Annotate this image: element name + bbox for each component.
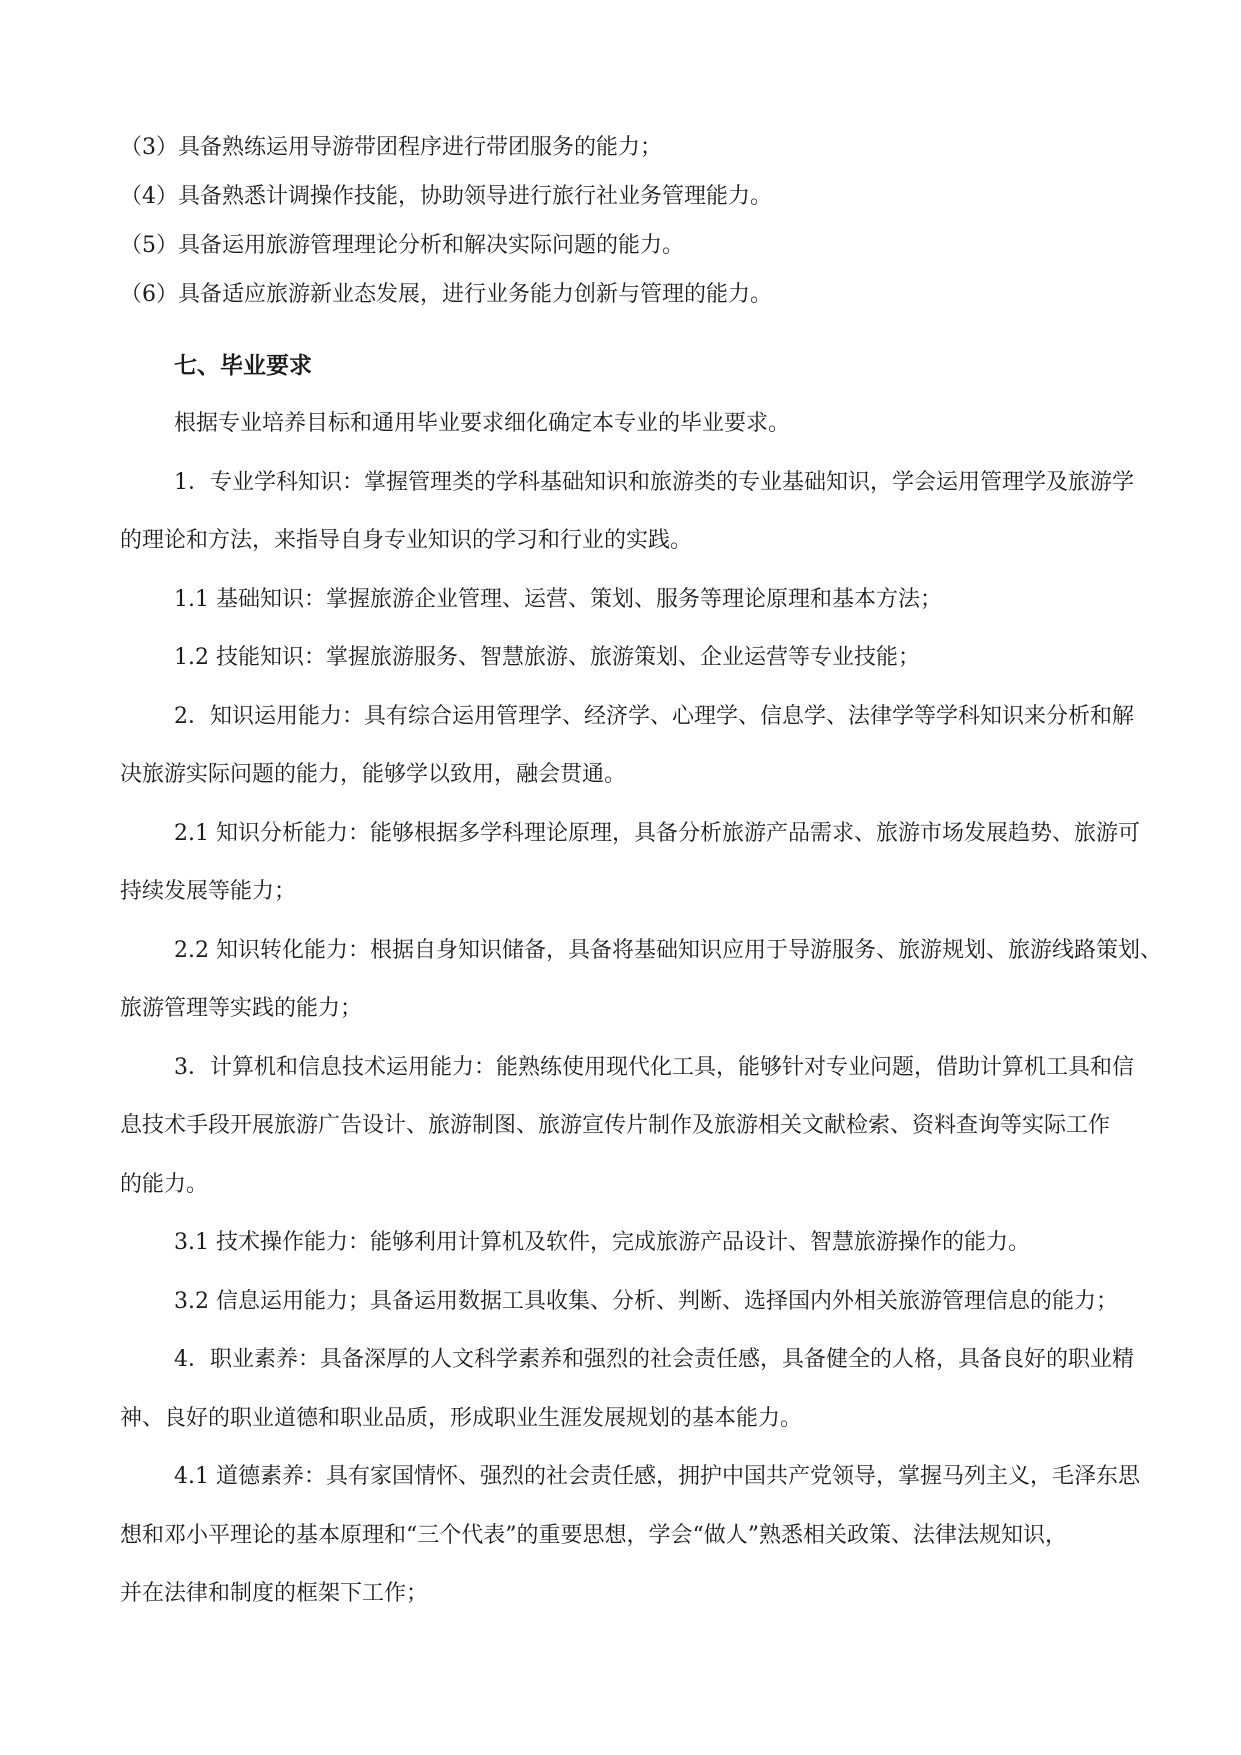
- text-line: 的理论和方法，来指导自身专业知识的学习和行业的实践。: [120, 510, 1130, 569]
- text-line: 2.2 知识转化能力：根据自身知识储备，具备将基础知识应用于导游服务、旅游规划、…: [120, 919, 1130, 978]
- text-line: 4.1 道德素养：具有家国情怀、强烈的社会责任感，拥护中国共产党领导，掌握马列主…: [120, 1446, 1130, 1505]
- text-line: 的能力。: [120, 1153, 1130, 1212]
- text-line: 神、良好的职业道德和职业品质，形成职业生涯发展规划的基本能力。: [120, 1387, 1130, 1446]
- text-line: 2．知识运用能力：具有综合运用管理学、经济学、心理学、信息学、法律学等学科知识来…: [120, 685, 1130, 744]
- text-line: 持续发展等能力；: [120, 861, 1130, 920]
- text-line: 3.2 信息运用能力；具备运用数据工具收集、分析、判断、选择国内外相关旅游管理信…: [120, 1270, 1130, 1329]
- text-line: 决旅游实际问题的能力，能够学以致用，融会贯通。: [120, 744, 1130, 803]
- text-line: 想和邓小平理论的基本原理和“三个代表”的重要思想，学会“做人”熟悉相关政策、法律…: [120, 1504, 1130, 1563]
- section-heading: 七、毕业要求: [120, 334, 1130, 393]
- text-line: 1.1 基础知识：掌握旅游企业管理、运营、策划、服务等理论原理和基本方法；: [120, 568, 1130, 627]
- text-line: 旅游管理等实践的能力；: [120, 978, 1130, 1037]
- text-line: 3.1 技术操作能力：能够利用计算机及软件，完成旅游产品设计、智慧旅游操作的能力…: [120, 1212, 1130, 1271]
- text-line: 3．计算机和信息技术运用能力：能熟练使用现代化工具，能够针对专业问题，借助计算机…: [120, 1036, 1130, 1095]
- text-line: 4．职业素养：具备深厚的人文科学素养和强烈的社会责任感，具备健全的人格，具备良好…: [120, 1329, 1130, 1388]
- text-line: 2.1 知识分析能力：能够根据多学科理论原理，具备分析旅游产品需求、旅游市场发展…: [120, 802, 1130, 861]
- text-line: （6）具备适应旅游新业态发展，进行业务能力创新与管理的能力。: [120, 268, 1130, 317]
- text-line: 1．专业学科知识：掌握管理类的学科基础知识和旅游类的专业基础知识，学会运用管理学…: [120, 451, 1130, 510]
- text-line: 根据专业培养目标和通用毕业要求细化确定本专业的毕业要求。: [120, 393, 1130, 452]
- text-line: （3）具备熟练运用导游带团程序进行带团服务的能力；: [120, 121, 1130, 170]
- text-line: （5）具备运用旅游管理理论分析和解决实际问题的能力。: [120, 219, 1130, 268]
- body-paragraphs: 根据专业培养目标和通用毕业要求细化确定本专业的毕业要求。1．专业学科知识：掌握管…: [120, 393, 1130, 1622]
- text-line: 并在法律和制度的框架下工作；: [120, 1563, 1130, 1622]
- text-line: （4）具备熟悉计调操作技能，协助领导进行旅行社业务管理能力。: [120, 170, 1130, 219]
- document-page: （3）具备熟练运用导游带团程序进行带团服务的能力；（4）具备熟悉计调操作技能，协…: [0, 0, 1241, 1755]
- text-line: 1.2 技能知识：掌握旅游服务、智慧旅游、旅游策划、企业运营等专业技能；: [120, 627, 1130, 686]
- intro-list: （3）具备熟练运用导游带团程序进行带团服务的能力；（4）具备熟悉计调操作技能，协…: [120, 121, 1130, 317]
- text-line: 息技术手段开展旅游广告设计、旅游制图、旅游宣传片制作及旅游相关文献检索、资料查询…: [120, 1095, 1130, 1154]
- document-content: （3）具备熟练运用导游带团程序进行带团服务的能力；（4）具备熟悉计调操作技能，协…: [120, 121, 1130, 1621]
